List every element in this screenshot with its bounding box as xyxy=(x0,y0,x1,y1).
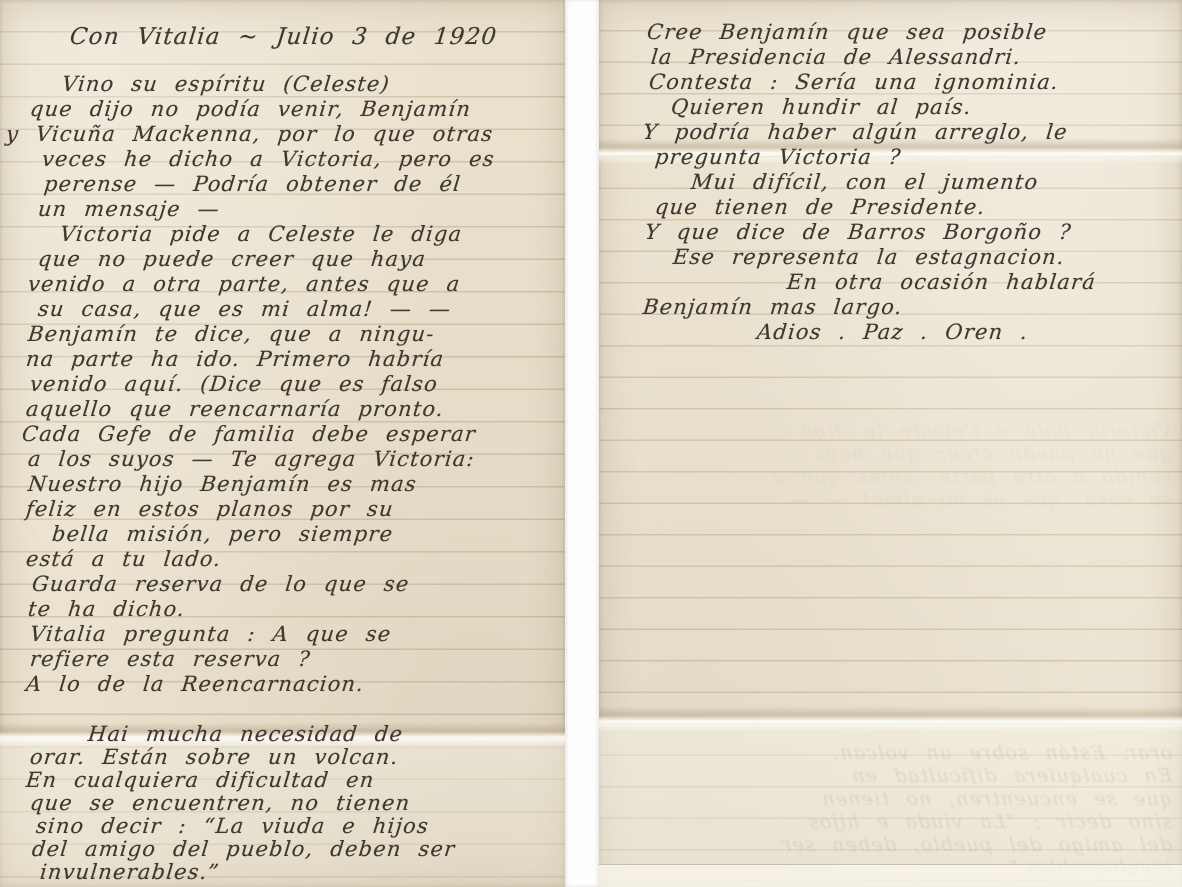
letter-heading: Con Vitalia ~ Julio 3 de 1920 xyxy=(0,20,565,54)
handwritten-line: su casa, que es mi alma! — — xyxy=(0,297,565,322)
handwritten-line: Ese representa la estagnacion. xyxy=(599,245,1182,270)
handwritten-line: invulnerables.” xyxy=(0,861,565,884)
handwritten-line: Victoria pide a Celeste le diga xyxy=(0,222,565,247)
handwritten-line: del amigo del pueblo, deben ser xyxy=(0,838,565,861)
handwritten-text-left: Con Vitalia ~ Julio 3 de 1920 Vino su es… xyxy=(0,0,565,884)
handwritten-line: Y podría haber algún arreglo, le xyxy=(599,120,1182,145)
handwritten-line: te ha dicho. xyxy=(0,597,565,622)
page-bottom-edge xyxy=(599,864,1182,887)
handwritten-line: Benjamín te dice, que a ningu- xyxy=(0,322,565,347)
handwritten-line: refiere esta reserva ? xyxy=(0,647,565,672)
handwritten-line: Benjamín mas largo. xyxy=(599,295,1182,320)
handwritten-line: orar. Están sobre un volcan. xyxy=(0,746,565,769)
page-left: Con Vitalia ~ Julio 3 de 1920 Vino su es… xyxy=(0,0,565,887)
handwritten-line: sino decir : “La viuda e hijos xyxy=(0,815,565,838)
handwritten-line: Mui difícil, con el jumento xyxy=(599,170,1182,195)
bleedthrough-ghost-text: Victoria pide a Celeste le diga que no p… xyxy=(609,420,1172,512)
handwritten-line: que tienen de Presidente. xyxy=(599,195,1182,220)
page-lower-shading xyxy=(599,722,1182,887)
document-scan: Con Vitalia ~ Julio 3 de 1920 Vino su es… xyxy=(0,0,1182,887)
handwritten-line: está a tu lado. xyxy=(0,547,565,572)
handwritten-line: y Vicuña Mackenna, por lo que otras xyxy=(0,122,565,147)
handwritten-line: En cualquiera dificultad en xyxy=(0,769,565,792)
handwritten-line: aquello que reencarnaría pronto. xyxy=(0,397,565,422)
line-gap xyxy=(0,697,565,723)
handwritten-line: Nuestro hijo Benjamín es mas xyxy=(0,472,565,497)
handwritten-line: En otra ocasión hablará xyxy=(599,270,1182,295)
line-gap xyxy=(0,54,565,72)
handwritten-line: veces he dicho a Victoria, pero es xyxy=(0,147,565,172)
handwritten-line: perense — Podría obtener de él xyxy=(0,172,565,197)
handwritten-line: la Presidencia de Alessandri. xyxy=(599,45,1182,70)
handwritten-line: feliz en estos planos por su xyxy=(0,497,565,522)
handwritten-line: venido a otra parte, antes que a xyxy=(0,272,565,297)
handwritten-line: Cree Benjamín que sea posible xyxy=(599,20,1182,45)
handwritten-text-right: Cree Benjamín que sea posible la Preside… xyxy=(599,0,1182,345)
handwritten-line: un mensaje — xyxy=(0,197,565,222)
handwritten-line: que se encuentren, no tienen xyxy=(0,792,565,815)
handwritten-line: Hai mucha necesidad de xyxy=(0,723,565,746)
handwritten-line: A lo de la Reencarnacion. xyxy=(0,672,565,697)
page-right: Victoria pide a Celeste le diga que no p… xyxy=(599,0,1182,887)
fold-crease xyxy=(599,706,1182,732)
handwritten-line: Quieren hundir al país. xyxy=(599,95,1182,120)
handwritten-line: Adios . Paz . Oren . xyxy=(599,320,1182,345)
handwritten-line: que no puede creer que haya xyxy=(0,247,565,272)
handwritten-line: Y que dice de Barros Borgoño ? xyxy=(599,220,1182,245)
handwritten-line: na parte ha ido. Primero habría xyxy=(0,347,565,372)
handwritten-line: Contesta : Sería una ignominia. xyxy=(599,70,1182,95)
handwritten-line: Guarda reserva de lo que se xyxy=(0,572,565,597)
handwritten-line: que dijo no podía venir, Benjamín xyxy=(0,97,565,122)
handwritten-line: Cada Gefe de familia debe esperar xyxy=(0,422,565,447)
page-gutter xyxy=(565,0,599,887)
handwritten-line: pregunta Victoria ? xyxy=(599,145,1182,170)
handwritten-line: Vitalia pregunta : A que se xyxy=(0,622,565,647)
handwritten-line: Vino su espíritu (Celeste) xyxy=(0,72,565,97)
handwritten-line: a los suyos — Te agrega Victoria: xyxy=(0,447,565,472)
handwritten-line: bella misión, pero siempre xyxy=(0,522,565,547)
bleedthrough-ghost-text: orar. Están sobre un volcan. En cualquie… xyxy=(609,742,1172,880)
handwritten-line: venido aquí. (Dice que es falso xyxy=(0,372,565,397)
